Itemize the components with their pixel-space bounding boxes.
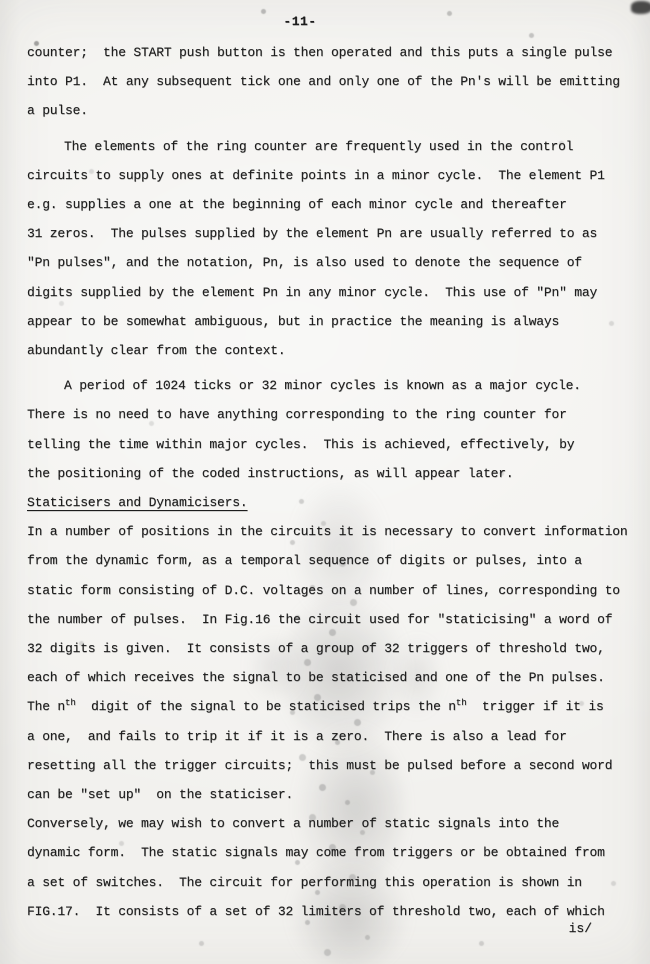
superscript: th: [456, 698, 467, 708]
text-line: In a number of positions in the circuits…: [27, 517, 639, 546]
scan-speckles: [0, 0, 3, 3]
scanned-page: -11- counter; the START push button is t…: [0, 0, 650, 964]
text-line: counter; the START push button is then o…: [27, 38, 639, 67]
text-line: There is no need to have anything corres…: [27, 400, 639, 429]
paragraph: The elements of the ring counter are fre…: [27, 132, 639, 366]
paragraph: counter; the START push button is then o…: [27, 38, 639, 126]
text-line: a one, and fails to trip it if it is a z…: [27, 722, 639, 751]
section-heading: Staticisers and Dynamicisers.: [27, 488, 639, 517]
text-line: telling the time within major cycles. Th…: [27, 430, 639, 459]
text-line: a pulse.: [27, 96, 639, 125]
superscript: th: [65, 698, 76, 708]
paragraph: Conversely, we may wish to convert a num…: [27, 809, 639, 926]
text-line: "Pn pulses", and the notation, Pn, is al…: [27, 248, 639, 277]
paragraph: A period of 1024 ticks or 32 minor cycle…: [27, 371, 639, 488]
text-line: appear to be somewhat ambiguous, but in …: [27, 307, 639, 336]
text-line: the positioning of the coded instruction…: [27, 459, 639, 488]
text-line: dynamic form. The static signals may com…: [27, 838, 639, 867]
text-line: into P1. At any subsequent tick one and …: [27, 67, 639, 96]
text-line: can be "set up" on the staticiser.: [27, 780, 639, 809]
section-heading-text: Staticisers and Dynamicisers.: [27, 495, 247, 510]
text-line: abundantly clear from the context.: [27, 336, 639, 365]
text-line: The elements of the ring counter are fre…: [27, 132, 639, 161]
text-line: from the dynamic form, as a temporal seq…: [27, 546, 639, 575]
text-line: 32 digits is given. It consists of a gro…: [27, 634, 639, 663]
page-number: -11-: [0, 14, 600, 29]
text-line: each of which receives the signal to be …: [27, 663, 639, 692]
corner-ink-mark: [631, 1, 650, 14]
text-line: e.g. supplies a one at the beginning of …: [27, 190, 639, 219]
text-segment: trigger if it is: [467, 699, 604, 714]
text-line: Conversely, we may wish to convert a num…: [27, 809, 639, 838]
text-line: circuits to supply ones at definite poin…: [27, 161, 639, 190]
text-line: static form consisting of D.C. voltages …: [27, 576, 639, 605]
text-line: A period of 1024 ticks or 32 minor cycle…: [27, 371, 639, 400]
text-segment: digit of the signal to be staticised tri…: [76, 699, 456, 714]
document-body: counter; the START push button is then o…: [27, 38, 639, 926]
text-line: 31 zeros. The pulses supplied by the ele…: [27, 219, 639, 248]
paragraph: In a number of positions in the circuits…: [27, 517, 639, 809]
text-segment: The n: [27, 699, 65, 714]
text-line: digits supplied by the element Pn in any…: [27, 278, 639, 307]
text-line: FIG.17. It consists of a set of 32 limit…: [27, 897, 639, 926]
text-line: The nth digit of the signal to be static…: [27, 692, 639, 721]
catchword: is/: [569, 921, 592, 936]
text-line: a set of switches. The circuit for perfo…: [27, 868, 639, 897]
text-line: the number of pulses. In Fig.16 the circ…: [27, 605, 639, 634]
text-line: resetting all the trigger circuits; this…: [27, 751, 639, 780]
